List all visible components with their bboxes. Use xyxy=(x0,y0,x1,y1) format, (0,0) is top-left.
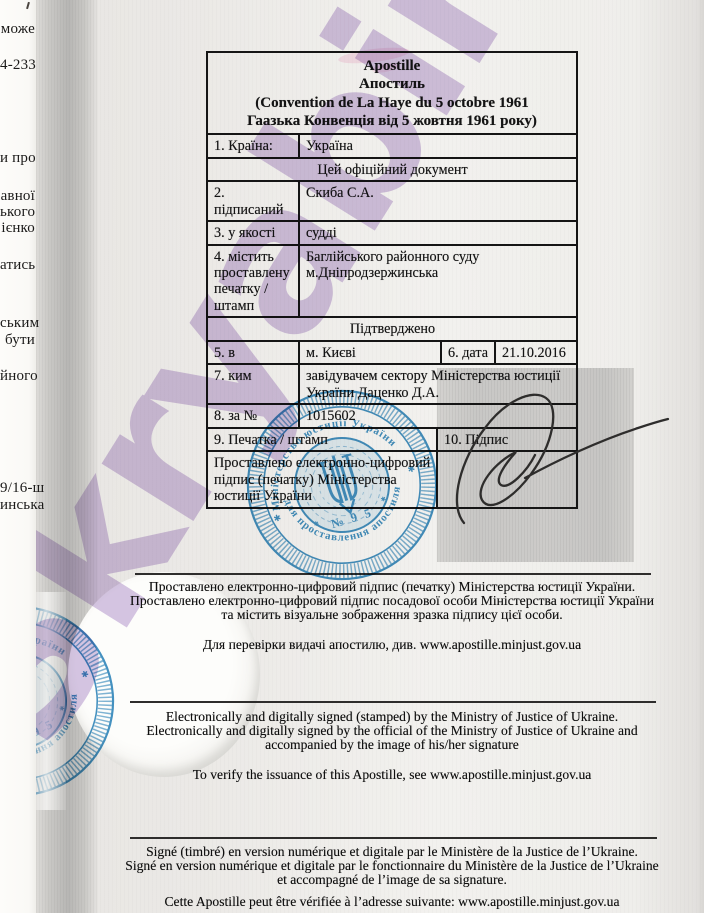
edge-text-fragment: авної xyxy=(0,189,36,204)
star-icon: ✱ xyxy=(272,512,282,524)
note-line: Electronically and digitally signed (sta… xyxy=(96,710,688,724)
edge-text-fragment: 9/16-ш xyxy=(0,481,36,496)
edge-text-fragment: и про xyxy=(0,151,36,166)
note-line: accompanied by the image of his/her sign… xyxy=(96,738,688,752)
verify-url-french: Cette Apostille peut être vérifiée à l’a… xyxy=(96,894,688,910)
edge-text-fragment: може xyxy=(0,22,36,37)
verify-url-english: To verify the issuance of this Apostille… xyxy=(96,767,688,783)
edge-text-fragment: атись xyxy=(0,258,36,273)
row-value-date: 21.10.2016 xyxy=(496,342,576,363)
edge-text-fragment: бути xyxy=(0,333,39,348)
note-french: Signé (timbré) en version numérique et d… xyxy=(96,845,688,888)
handwritten-signature xyxy=(428,383,704,535)
star-icon: ✱ xyxy=(406,463,416,475)
edge-text-fragment: 4-233 xyxy=(0,58,36,73)
edge-text-fragment: ієнко xyxy=(0,221,36,236)
note-line: Signé (timbré) en version numérique et d… xyxy=(96,845,688,859)
edge-text-fragment: ським xyxy=(0,316,36,331)
note-line: Electronically and digitally signed by t… xyxy=(96,724,688,738)
edge-text-fragment: йного xyxy=(0,369,36,384)
divider-line xyxy=(130,701,656,703)
edge-text-fragment: ького xyxy=(0,205,36,220)
underlying-page-edge xyxy=(0,0,36,913)
row-label-date: 6. дата xyxy=(442,342,496,363)
note-line: et accompagné de l’image de sa signature… xyxy=(96,873,688,887)
note-line: Signé en version numérique et digitale p… xyxy=(96,859,688,873)
verify-url-ukrainian: Для перевірки видачі апостилю, див. www.… xyxy=(96,637,688,653)
scanned-apostille-page: { "watermark_text": "Skryabin", "page_ed… xyxy=(0,0,704,913)
note-english: Electronically and digitally signed (sta… xyxy=(96,710,688,753)
edge-text-fragment: инська xyxy=(0,498,36,513)
divider-line xyxy=(130,837,657,839)
